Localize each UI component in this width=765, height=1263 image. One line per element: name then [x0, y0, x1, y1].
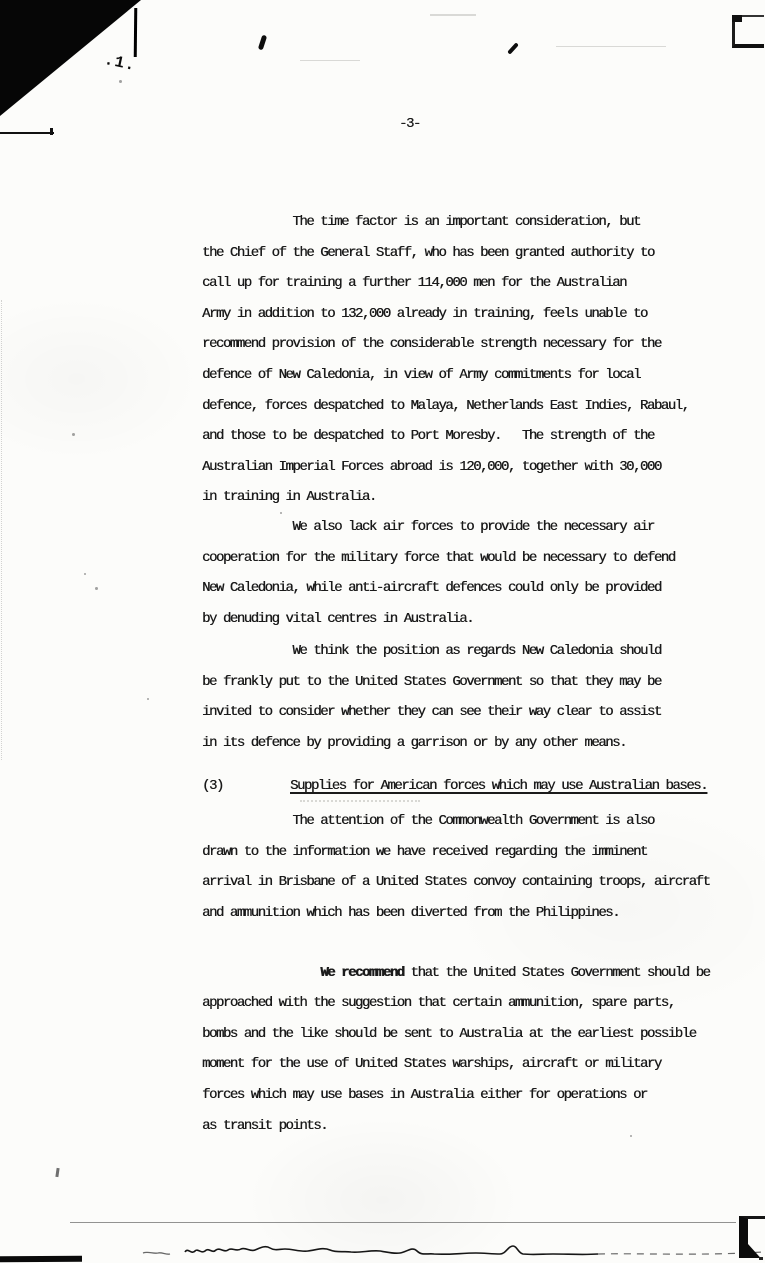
scan-smudge: [430, 14, 476, 16]
scan-edge-line: [0, 132, 54, 134]
section-heading-row: (3) Supplies for American forces which m…: [202, 771, 742, 802]
ink-speck: [280, 512, 282, 514]
scan-dotted-artifact: [300, 800, 420, 802]
scan-smudge: [556, 46, 666, 47]
document-page: .1. -3- The time factor is an important …: [0, 0, 765, 1263]
ink-speck: [119, 80, 122, 83]
ink-speck: [95, 587, 98, 590]
scan-edge-bar: [0, 1256, 82, 1263]
ink-comma-mark: [258, 35, 267, 51]
corner-mark-dot: [759, 1257, 763, 1260]
ink-speck: [84, 573, 86, 575]
scan-scribble-line: [0, 1228, 765, 1263]
ink-speck: [630, 1135, 632, 1137]
paragraph-air-forces: We also lack air forces to provide the n…: [202, 512, 742, 634]
paragraph-time-factor: The time factor is an important consider…: [202, 207, 742, 513]
scan-smudge: [300, 60, 360, 61]
scan-left-edge: [1, 300, 3, 760]
scan-edge-tick: [50, 128, 53, 135]
ink-speck: [147, 698, 149, 700]
corner-mark-blob: [748, 1238, 762, 1258]
section-marker: (3): [202, 771, 223, 802]
scan-corner-mark: [739, 1216, 765, 1258]
paragraph-position-new-caledonia: We think the position as regards New Cal…: [202, 636, 742, 758]
recommendation-text: that the United States Government should…: [202, 965, 709, 1134]
ink-speck: [72, 433, 75, 436]
handwritten-page-mark: .1.: [102, 51, 137, 75]
ink-streak: [55, 1168, 59, 1177]
paragraph-recommendation: We recommend that the United States Gove…: [202, 927, 742, 1172]
bracket-corner-blob: [732, 15, 742, 22]
scan-faint-rule: [70, 1222, 736, 1223]
ink-tick-mark: [507, 42, 519, 54]
registration-bracket-icon: [732, 15, 764, 48]
section-heading: Supplies for American forces which may u…: [290, 771, 707, 802]
recommend-emphasis: We recommend: [320, 965, 403, 981]
scan-vertical-tick: [134, 8, 138, 57]
page-number: -3-: [399, 109, 439, 140]
indent-spaces: [230, 965, 320, 981]
paragraph-commonwealth-attention: The attention of the Commonwealth Govern…: [202, 806, 742, 928]
